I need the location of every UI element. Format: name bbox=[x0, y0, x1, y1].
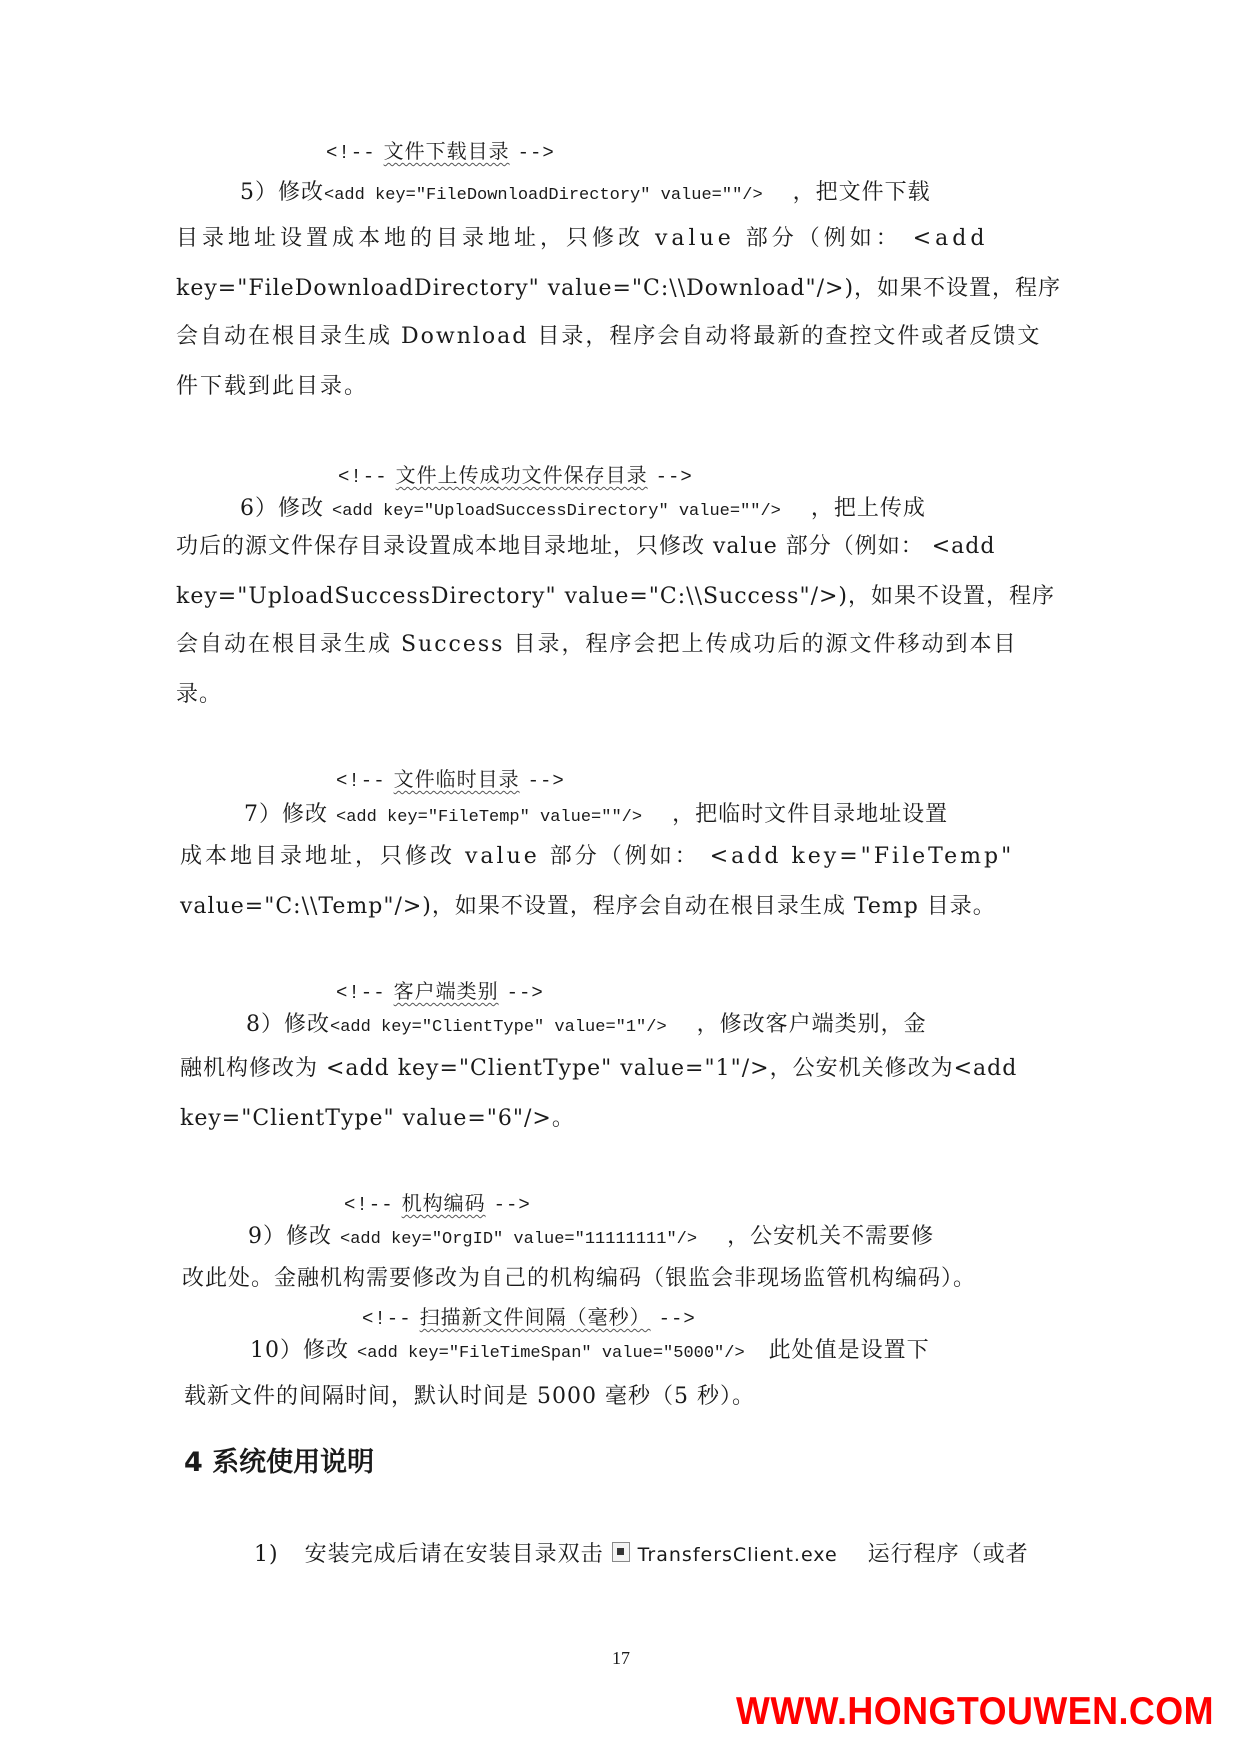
body-line: 会自动在根目录生成 Success 目录，程序会把上传成功后的源文件移动到本目 bbox=[176, 630, 1017, 660]
body-line: 成本地目录地址，只修改 value 部分（例如： <add key="FileT… bbox=[180, 842, 1014, 872]
comment-label: 客户端类别 bbox=[394, 979, 499, 1003]
body-line: key="UploadSuccessDirectory" value="C:\\… bbox=[176, 582, 1055, 612]
document-page: <!-- 文件下载目录 --> 5）修改<add key="FileDownlo… bbox=[0, 0, 1240, 1754]
code-snippet: <add key="FileTimeSpan" value="5000"/> bbox=[357, 1344, 745, 1363]
code-snippet: <add key="ClientType" value="1"/> bbox=[330, 1018, 667, 1037]
config-comment: <!-- 文件下载目录 --> bbox=[326, 136, 555, 168]
item-8-first-line: 8）修改<add key="ClientType" value="1"/> ，修… bbox=[246, 1010, 927, 1043]
item-9-first-line: 9）修改 <add key="OrgID" value="11111111"/>… bbox=[248, 1222, 934, 1255]
config-comment: <!-- 文件临时目录 --> bbox=[336, 764, 565, 796]
exe-file-name: TransfersClient.exe bbox=[638, 1544, 838, 1566]
section-heading: 4 系统使用说明 bbox=[184, 1440, 374, 1479]
page-number: 17 bbox=[612, 1648, 630, 1669]
body-line: 录。 bbox=[176, 680, 222, 710]
comment-label: 文件临时目录 bbox=[394, 767, 520, 791]
code-snippet: <add key="OrgID" value="11111111"/> bbox=[340, 1230, 697, 1249]
config-comment: <!-- 客户端类别 --> bbox=[336, 976, 544, 1008]
exe-file-icon bbox=[612, 1542, 630, 1562]
body-line: key="FileDownloadDirectory" value="C:\\D… bbox=[176, 274, 1061, 304]
config-comment: <!-- 文件上传成功文件保存目录 --> bbox=[338, 460, 693, 492]
item-10-first-line: 10）修改 <add key="FileTimeSpan" value="500… bbox=[250, 1336, 930, 1369]
body-line: 件下载到此目录。 bbox=[176, 372, 368, 402]
body-line: 改此处。金融机构需要修改为自己的机构编码（银监会非现场监管机构编码）。 bbox=[182, 1264, 976, 1294]
code-snippet: <add key="FileTemp" value=""/> bbox=[336, 808, 642, 827]
body-line: 融机构修改为 <add key="ClientType" value="1"/>… bbox=[180, 1054, 1017, 1084]
code-snippet: <add key="UploadSuccessDirectory" value=… bbox=[332, 502, 781, 521]
watermark: WWW.HONGTOUWEN.COM bbox=[736, 1690, 1214, 1734]
body-line: 载新文件的间隔时间，默认时间是 5000 毫秒（5 秒）。 bbox=[184, 1382, 755, 1412]
body-line: 目录地址设置成本地的目录地址，只修改 value 部分（例如： <add bbox=[176, 224, 988, 254]
config-comment: <!-- 扫描新文件间隔（毫秒） --> bbox=[362, 1302, 696, 1334]
body-line: key="ClientType" value="6"/>。 bbox=[180, 1104, 575, 1134]
comment-label: 文件下载目录 bbox=[384, 139, 510, 163]
comment-label: 机构编码 bbox=[402, 1191, 486, 1215]
comment-label: 文件上传成功文件保存目录 bbox=[396, 463, 648, 487]
config-comment: <!-- 机构编码 --> bbox=[344, 1188, 531, 1220]
item-7-first-line: 7）修改 <add key="FileTemp" value=""/> ，把临时… bbox=[244, 800, 948, 833]
item-5-first-line: 5）修改<add key="FileDownloadDirectory" val… bbox=[240, 178, 931, 211]
item-6-first-line: 6）修改 <add key="UploadSuccessDirectory" v… bbox=[240, 494, 926, 527]
usage-step-1: 1) 安装完成后请在安装目录双击 TransfersClient.exe 运行程… bbox=[254, 1540, 1029, 1570]
comment-label: 扫描新文件间隔（毫秒） bbox=[420, 1305, 651, 1329]
body-line: value="C:\\Temp"/>)，如果不设置，程序会自动在根目录生成 Te… bbox=[180, 892, 996, 922]
body-line: 会自动在根目录生成 Download 目录，程序会自动将最新的查控文件或者反馈文 bbox=[176, 322, 1041, 352]
code-snippet: <add key="FileDownloadDirectory" value="… bbox=[324, 186, 763, 205]
body-line: 功后的源文件保存目录设置成本地目录地址，只修改 value 部分（例如： <ad… bbox=[176, 532, 995, 562]
